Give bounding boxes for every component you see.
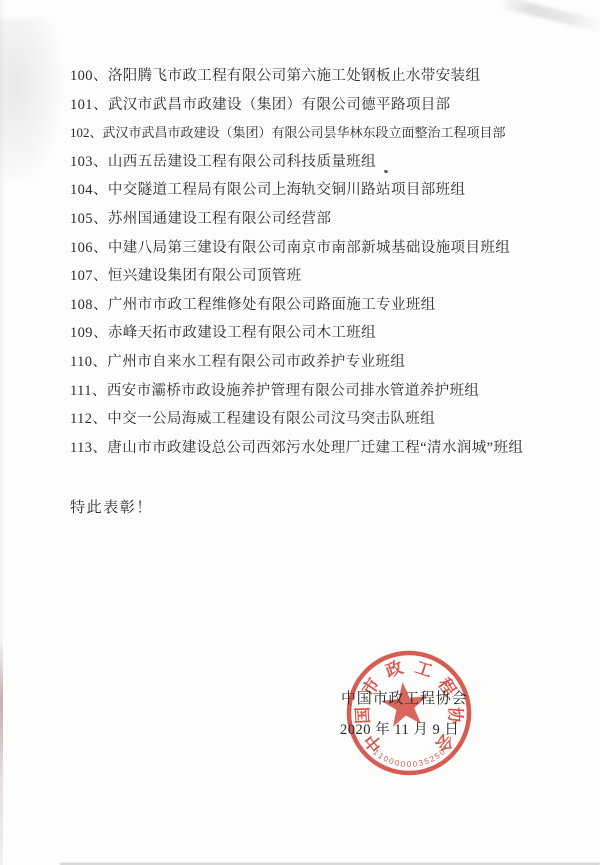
- signature-organization: 中国市政工程协会: [341, 691, 467, 708]
- official-seal-graphic: 中国市政工程协会1100000035250: [340, 644, 478, 782]
- scan-smudge-top-left: [0, 18, 63, 183]
- svg-text:0: 0: [407, 760, 412, 769]
- document-page: 100、洛阳腾飞市政工程有限公司第六施工处钢板止水带安装组101、武汉市武昌市政…: [0, 0, 600, 865]
- official-seal: 中国市政工程协会1100000035250: [340, 644, 478, 782]
- scan-edge-left: [0, 0, 3, 865]
- svg-text:工: 工: [413, 658, 435, 681]
- closing-remark: 特此表彰！: [70, 500, 153, 517]
- svg-text:政: 政: [383, 657, 405, 681]
- list-item: 107、恒兴建设集团有限公司顶管班: [70, 262, 590, 291]
- list-item: 109、赤峰天拓市政建设工程有限公司木工班组: [70, 319, 590, 348]
- list-item: 110、广州市自来水工程有限公司市政养护专业班组: [70, 348, 590, 377]
- list-item: 102、武汉市武昌市政建设（集团）有限公司昙华林东段立面整治工程项目部: [70, 119, 590, 148]
- list-item: 101、武汉市武昌市政建设（集团）有限公司德平路项目部: [70, 91, 590, 120]
- signature-date: 2020 年 11 月 9 日: [340, 722, 459, 739]
- list-item: 106、中建八局第三建设有限公司南京市南部新城基础设施项目班组: [70, 234, 590, 263]
- award-list: 100、洛阳腾飞市政工程有限公司第六施工处钢板止水带安装组101、武汉市武昌市政…: [70, 62, 590, 462]
- list-item: 105、苏州国通建设工程有限公司经营部: [70, 205, 590, 234]
- list-item: 108、广州市市政工程维修处有限公司路面施工专业班组: [70, 291, 590, 320]
- list-item: 113、唐山市市政建设总公司西郊污水处理厂迁建工程“清水润城”班组: [70, 434, 590, 463]
- list-item: 111、西安市灞桥市政设施养护管理有限公司排水管道养护班组: [70, 377, 590, 406]
- list-item: 103、山西五岳建设工程有限公司科技质量班组: [70, 148, 590, 177]
- svg-text:0: 0: [400, 759, 406, 769]
- list-item: 112、中交一公局海威工程建设有限公司汶马突击队班组: [70, 405, 590, 434]
- list-item: 100、洛阳腾飞市政工程有限公司第六施工处钢板止水带安装组: [70, 62, 590, 91]
- list-item: 104、中交隧道工程局有限公司上海轨交铜川路站项目部班组: [70, 176, 590, 205]
- scan-smudge-top-right: [498, 0, 600, 33]
